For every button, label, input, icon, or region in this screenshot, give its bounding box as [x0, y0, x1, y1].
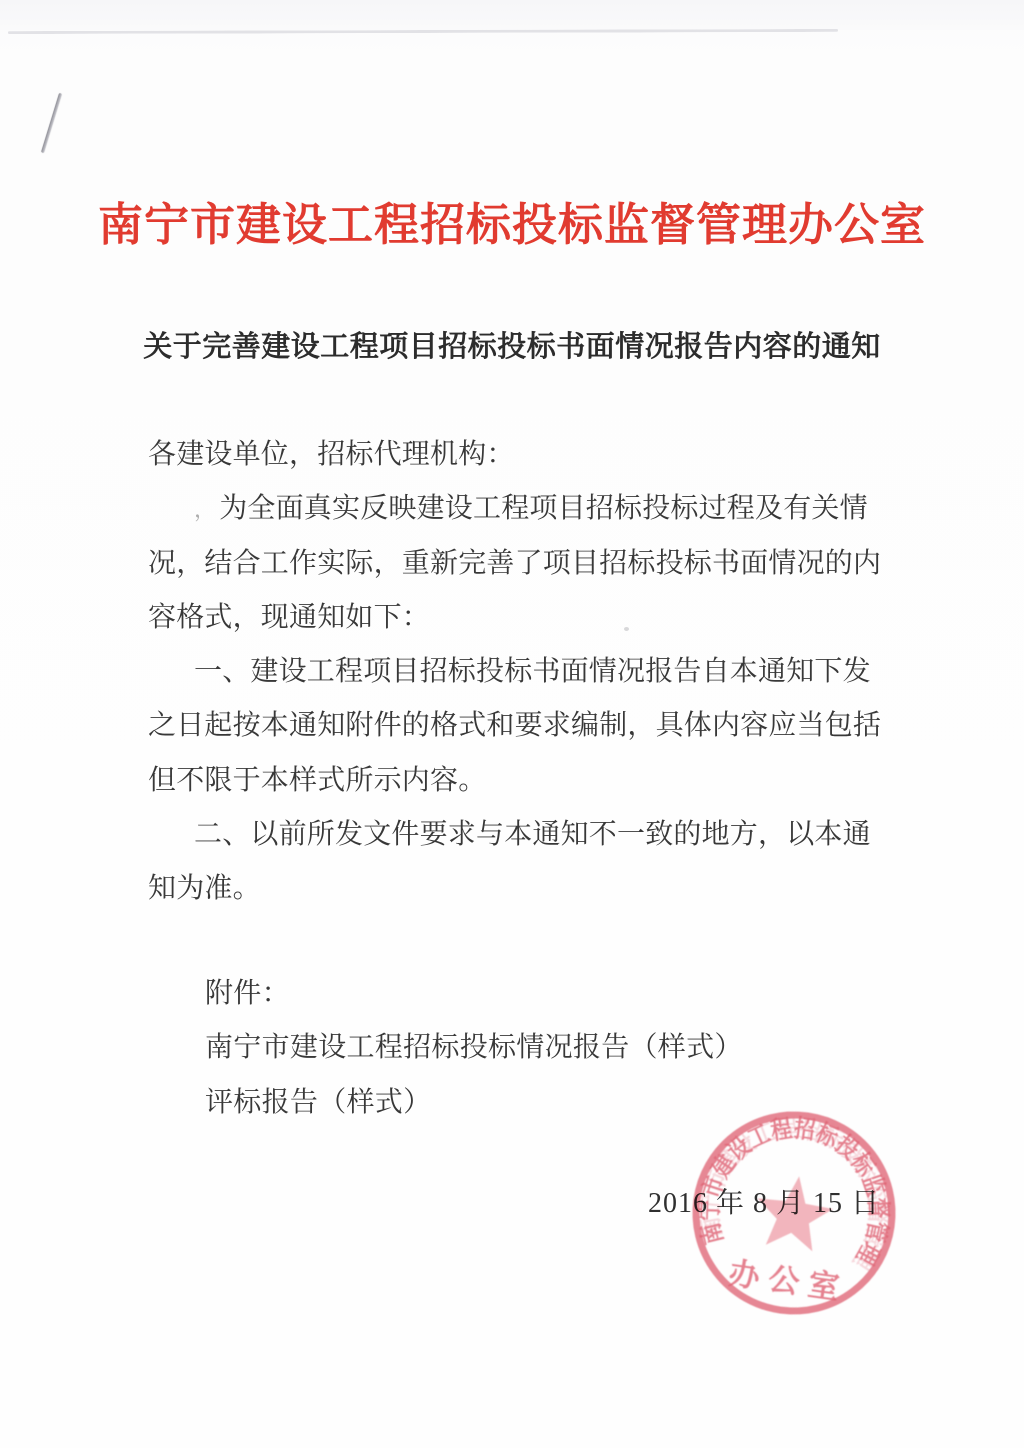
official-seal: 南宁市建设工程招标投标监督管理 南宁市建设工程招标投标监督管理 办公室 [644, 1063, 944, 1363]
body-line: 知为准。 [148, 862, 888, 916]
star-icon [751, 1171, 836, 1253]
org-title: 南宁市建设工程招标投标监督管理办公室 [0, 194, 1024, 256]
body-line-text: 为全面真实反映建设工程项目招标投标过程及有关情 [219, 493, 868, 524]
pen-stroke-mark [41, 93, 62, 153]
body-line: 容格式，现通知如下： [148, 591, 888, 645]
body-line: ，为全面真实反映建设工程项目招标投标过程及有关情 [148, 482, 888, 536]
doc-title: 关于完善建设工程项目招标投标书面情况报告内容的通知 [0, 326, 1024, 368]
body-line: 二、以前所发文件要求与本通知不一致的地方，以本通 [148, 808, 888, 862]
body-line: 但不限于本样式所示内容。 [148, 754, 888, 808]
attachments-label: 附件： [205, 967, 905, 1021]
document-page: 南宁市建设工程招标投标监督管理办公室 关于完善建设工程项目招标投标书面情况报告内… [0, 0, 1024, 1448]
body-line: 况，结合工作实际，重新完善了项目招标投标书面情况的内 [148, 537, 888, 591]
document-body: 各建设单位，招标代理机构： ，为全面真实反映建设工程项目招标投标过程及有关情 况… [148, 428, 888, 917]
body-line: 之日起按本通知附件的格式和要求编制，具体内容应当包括 [148, 699, 888, 753]
salutation-line: 各建设单位，招标代理机构： [148, 428, 888, 482]
scan-top-shadow [0, 0, 1024, 30]
attachment-item: 南宁市建设工程招标投标情况报告（样式） [205, 1021, 905, 1075]
body-line: 一、建设工程项目招标投标书面情况报告自本通知下发 [148, 645, 888, 699]
stray-ink-mark: ， [194, 497, 216, 522]
